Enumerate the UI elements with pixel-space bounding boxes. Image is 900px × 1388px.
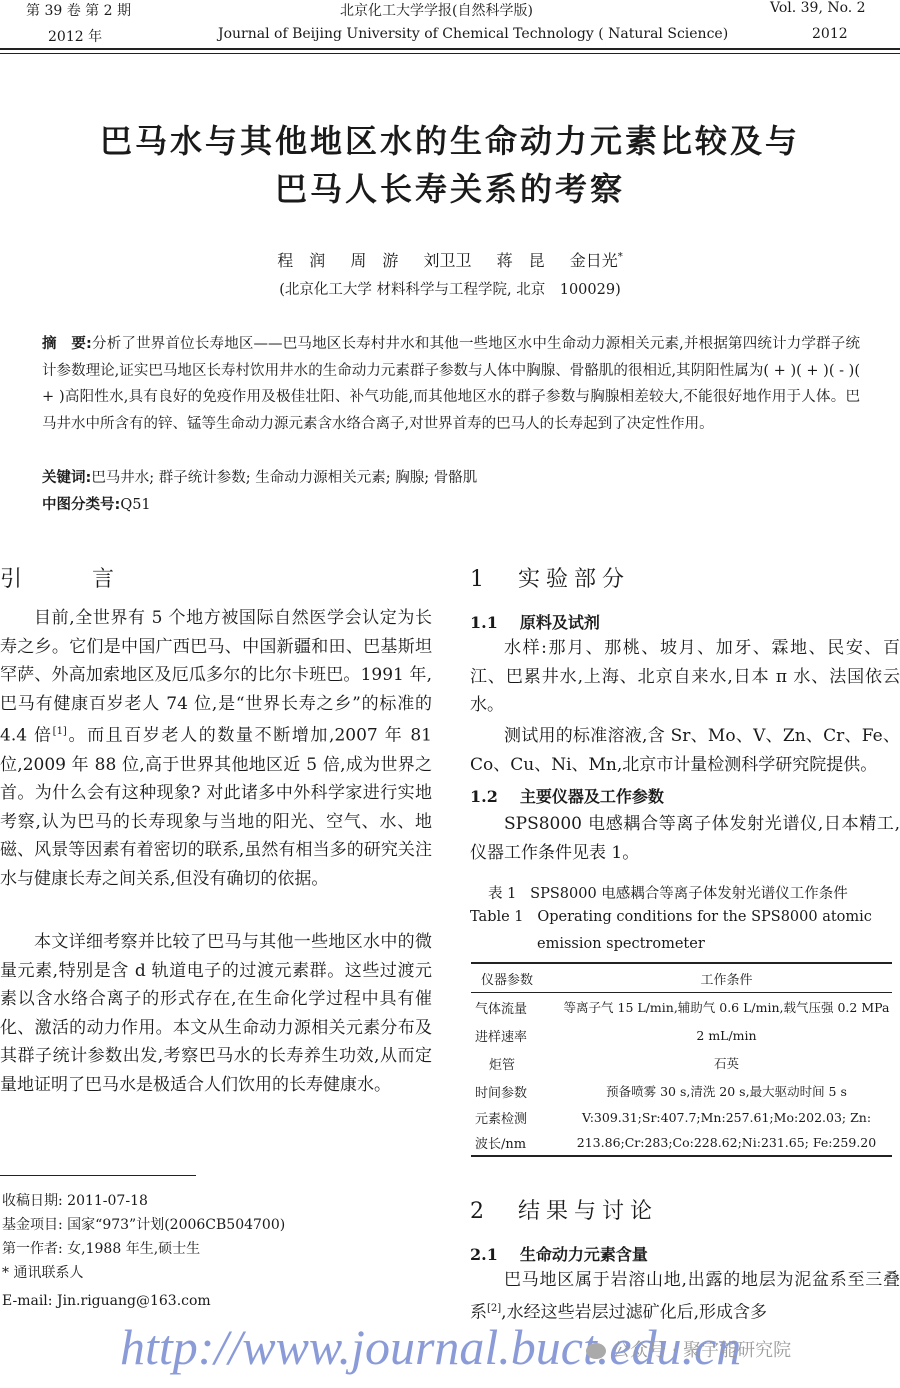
author: 蒋 昆: [497, 251, 545, 270]
table-row: 波长/nm213.86;Cr:283;Co:228.62;Ni:231.65; …: [471, 1129, 892, 1156]
table-title-cn: SPS8000 电感耦合等离子体发射光谱仪工作条件: [530, 886, 848, 902]
intro-heading: 引 言: [0, 562, 138, 593]
param-cell: 时间参数: [471, 1077, 561, 1105]
abstract-label: 摘 要:: [42, 336, 92, 352]
header-rule-thin: [0, 53, 900, 54]
volume-issue-en: Vol. 39, No. 2: [770, 0, 866, 16]
table-operating-conditions: 仪器参数 工作条件 气体流量等离子气 15 L/min,辅助气 0.6 L/mi…: [471, 962, 892, 1157]
year-cn: 2012 年: [48, 26, 102, 46]
subsection-1-1: 1.1原料及试剂: [470, 610, 600, 633]
author: 金日光*: [570, 251, 623, 270]
table1-caption-en-line2: emission spectrometer: [537, 936, 705, 952]
subsection-2-1: 2.1生命动力元素含量: [470, 1242, 648, 1265]
section2-heading: 2 结果与讨论: [470, 1194, 658, 1225]
intro-paragraph-2: 本文详细考察并比较了巴马与其他一些地区水中的微量元素,特别是含 d 轨道电子的过…: [0, 928, 432, 1100]
affiliation: (北京化工大学 材料科学与工程学院, 北京 100029): [0, 278, 900, 299]
author: 周 游: [350, 251, 398, 270]
citation-ref[interactable]: [2]: [487, 1303, 501, 1314]
table-row: 气体流量等离子气 15 L/min,辅助气 0.6 L/min,载气压强 0.2…: [471, 993, 892, 1022]
table-header-row: 仪器参数 工作条件: [471, 963, 892, 993]
table1-caption-en: Table 1 Operating conditions for the SPS…: [470, 909, 872, 925]
clc-code: Q51: [120, 497, 150, 513]
footnote-rule: [0, 1175, 196, 1176]
table-label-en: Table 1: [470, 909, 524, 925]
value-cell: 213.86;Cr:283;Co:228.62;Ni:231.65; Fe:25…: [561, 1129, 892, 1156]
intro-p1-text-b: 。而且百岁老人的数量不断增加,2007 年 81 位,2009 年 88 位,高…: [0, 726, 432, 889]
citation-ref[interactable]: [1]: [53, 726, 67, 737]
table-row: 进样速率2 mL/min: [471, 1021, 892, 1049]
footnote-corresponding: * 通讯联系人: [2, 1262, 83, 1286]
journal-name-en: Journal of Beijing University of Chemica…: [218, 26, 728, 42]
subsection-title: 主要仪器及工作参数: [520, 787, 664, 806]
abstract: 摘 要:分析了世界首位长寿地区——巴马地区长寿村井水和其他一些地区水中生命动力源…: [42, 331, 860, 437]
footnote-first-author: 第一作者: 女,1988 年生,硕士生: [2, 1238, 200, 1262]
wechat-account-name: 公众号 · 聚宇能研究院: [612, 1340, 791, 1361]
subsection-title: 生命动力元素含量: [520, 1245, 648, 1264]
author-name: 金日光: [570, 251, 618, 270]
value-cell: 2 mL/min: [561, 1021, 892, 1049]
param-cell: 气体流量: [471, 993, 561, 1022]
column-header: 工作条件: [561, 963, 892, 993]
author: 程 润: [277, 251, 325, 270]
article-title-line2: 巴马人长寿关系的考察: [0, 164, 900, 210]
footnote-fund: 基金项目: 国家“973”计划(2006CB504700): [2, 1214, 285, 1238]
section1-1-paragraph-1: 水样:那月、那桃、坡月、加牙、霖地、民安、百江、巴累井水,上海、北京自来水,日本…: [470, 634, 900, 720]
classification: 中图分类号:Q51: [42, 493, 151, 514]
param-cell: 炬管: [471, 1049, 561, 1077]
subsection-number: 1.2: [470, 787, 498, 806]
table1-caption-cn: 表 1 SPS8000 电感耦合等离子体发射光谱仪工作条件: [488, 882, 848, 903]
value-cell: 等离子气 15 L/min,辅助气 0.6 L/min,载气压强 0.2 MPa: [561, 993, 892, 1022]
keywords-label: 关键词:: [42, 470, 91, 486]
author: 刘卫卫: [423, 251, 471, 270]
year-en: 2012: [812, 26, 848, 42]
section1-heading: 1 实验部分: [470, 562, 630, 593]
corresponding-mark: *: [618, 252, 623, 263]
value-cell: 石英: [561, 1049, 892, 1077]
subsection-number: 1.1: [470, 613, 498, 632]
column-header: 仪器参数: [471, 963, 561, 993]
value-cell: V:309.31;Sr:407.7;Mn:257.61;Mo:202.03; Z…: [561, 1105, 892, 1129]
section1-2-paragraph-1: SPS8000 电感耦合等离子体发射光谱仪,日本精工,仪器工作条件见表 1。: [470, 810, 900, 867]
intro-paragraph-1: 目前,全世界有 5 个地方被国际自然医学会认定为长寿之乡。它们是中国广西巴马、中…: [0, 604, 432, 894]
table-row: 炬管石英: [471, 1049, 892, 1077]
keywords-text: 巴马井水; 群子统计参数; 生命动力源相关元素; 胸腺; 骨骼肌: [91, 470, 477, 486]
subsection-number: 2.1: [470, 1245, 498, 1264]
footnote-received: 收稿日期: 2011-07-18: [2, 1190, 148, 1214]
clc-label: 中图分类号:: [42, 497, 120, 513]
subsection-title: 原料及试剂: [520, 613, 600, 632]
subsection-1-2: 1.2主要仪器及工作参数: [470, 784, 664, 807]
table-row: 时间参数预备喷雾 30 s,清洗 20 s,最大驱动时间 5 s: [471, 1077, 892, 1105]
param-cell: 进样速率: [471, 1021, 561, 1049]
param-cell: 波长/nm: [471, 1129, 561, 1156]
wechat-icon: [586, 1343, 606, 1359]
header-rule-thick: [0, 48, 900, 50]
volume-issue-cn: 第 39 卷 第 2 期: [26, 0, 131, 20]
table-label: 表 1: [488, 886, 516, 902]
keywords: 关键词:巴马井水; 群子统计参数; 生命动力源相关元素; 胸腺; 骨骼肌: [42, 466, 477, 487]
abstract-text: 分析了世界首位长寿地区——巴马地区长寿村井水和其他一些地区水中生命动力源相关元素…: [42, 336, 860, 432]
section1-1-paragraph-2: 测试用的标准溶液,含 Sr、Mo、V、Zn、Cr、Fe、Co、Cu、Ni、Mn,…: [470, 722, 900, 779]
table-row: 元素检测V:309.31;Sr:407.7;Mn:257.61;Mo:202.0…: [471, 1105, 892, 1129]
author-list: 程 润 周 游 刘卫卫 蒋 昆 金日光*: [0, 248, 900, 271]
article-title-line1: 巴马水与其他地区水的生命动力元素比较及与: [0, 116, 900, 162]
footnote-email[interactable]: E-mail: Jin.riguang@163.com: [2, 1290, 211, 1314]
journal-name-cn: 北京化工大学学报(自然科学版): [340, 0, 533, 20]
wechat-watermark: 公众号 · 聚宇能研究院: [586, 1336, 791, 1362]
param-cell: 元素检测: [471, 1105, 561, 1129]
table-title-en-line1: Operating conditions for the SPS8000 ato…: [537, 909, 872, 925]
value-cell: 预备喷雾 30 s,清洗 20 s,最大驱动时间 5 s: [561, 1077, 892, 1105]
